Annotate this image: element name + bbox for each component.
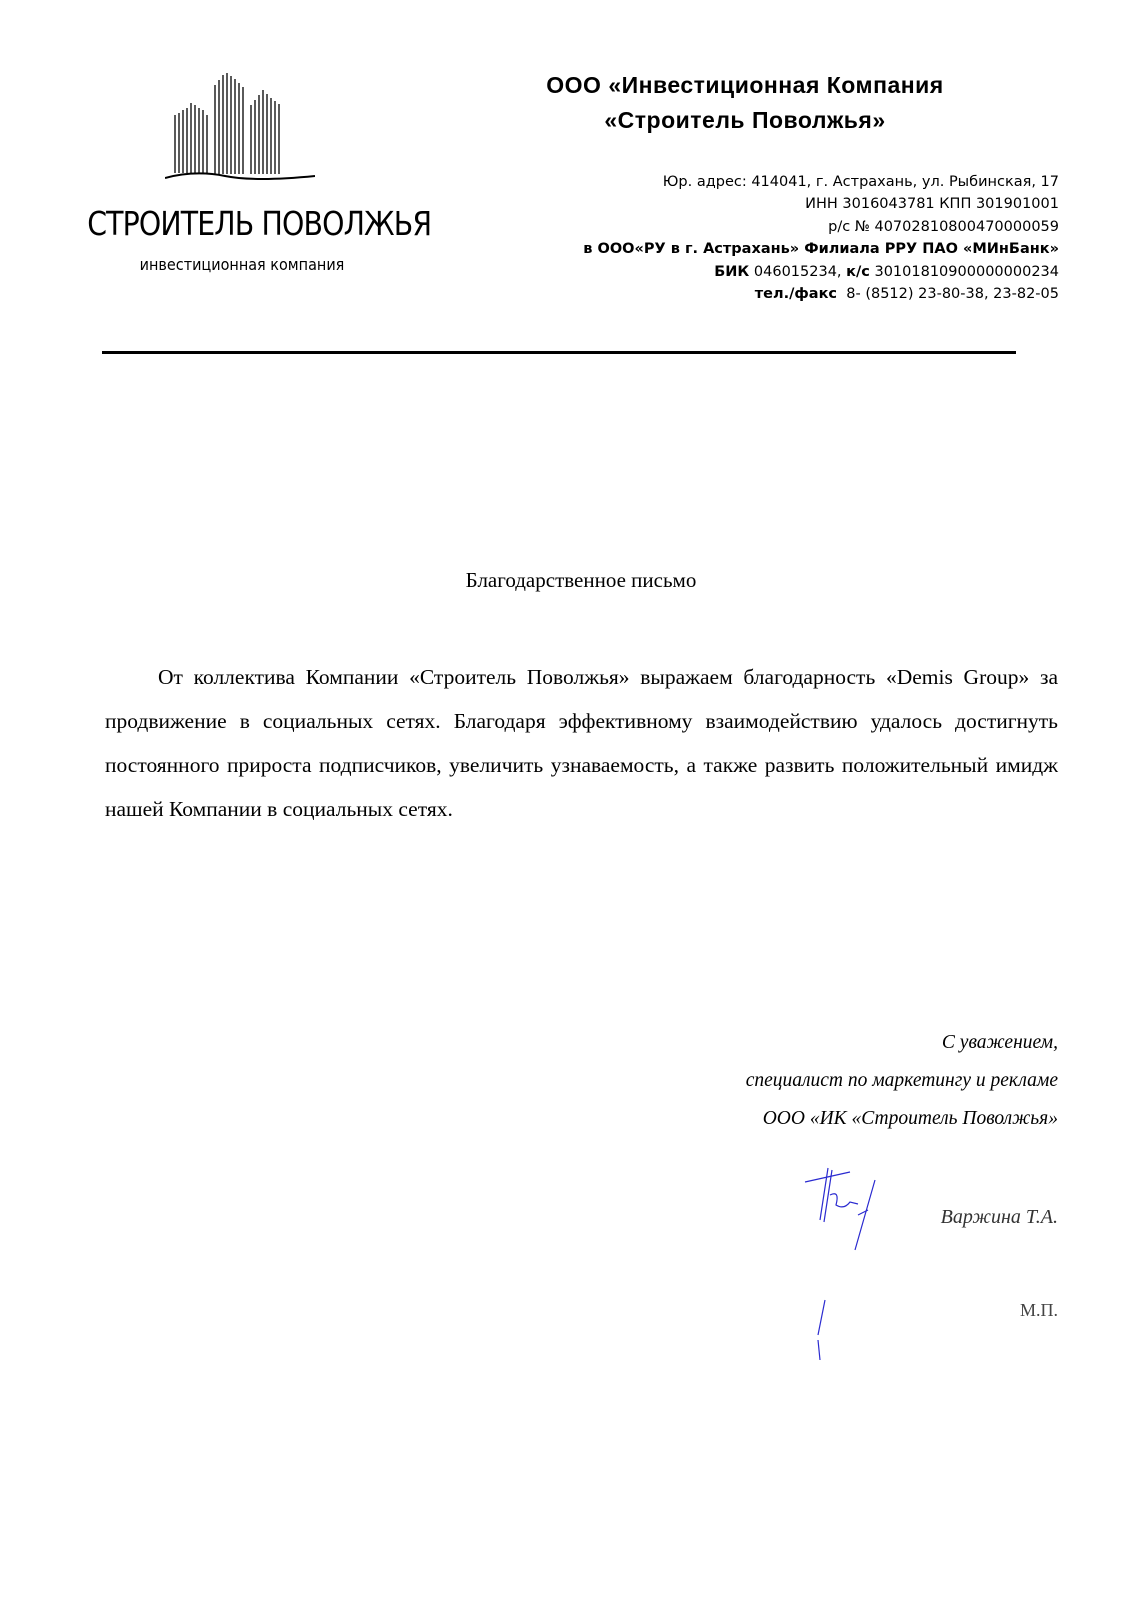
- bik-ks: БИК 046015234, к/с 30101810900000000234: [583, 261, 1059, 283]
- phone: тел./факс 8- (8512) 23-80-38, 23-82-05: [583, 283, 1059, 305]
- bik-value: 046015234,: [749, 264, 846, 280]
- bank-account: р/с № 40702810800470000059: [583, 216, 1059, 238]
- company-name-line1: ООО «Инвестиционная Компания: [470, 68, 1020, 103]
- legal-address: Юр. адрес: 414041, г. Астрахань, ул. Рыб…: [583, 171, 1059, 193]
- ks-label: к/с: [846, 264, 870, 280]
- signature-icon: [800, 1160, 900, 1390]
- letter-title: Благодарственное письмо: [0, 568, 1142, 593]
- header-divider: [102, 351, 1016, 354]
- phone-value: 8- (8512) 23-80-38, 23-82-05: [837, 286, 1059, 302]
- signer-company: ООО «ИК «Строитель Поволжья»: [746, 1100, 1058, 1138]
- logo-subtitle: инвестиционная компания: [80, 255, 404, 274]
- signer-position: специалист по маркетингу и рекламе: [746, 1062, 1058, 1100]
- logo-title: СТРОИТЕЛЬ ПОВОЛЖЬЯ: [87, 204, 397, 243]
- inn-kpp: ИНН 3016043781 КПП 301901001: [583, 193, 1059, 215]
- company-name: ООО «Инвестиционная Компания «Строитель …: [470, 68, 1020, 138]
- logo-buildings-icon: [165, 70, 315, 190]
- closing-regards: С уважением,: [746, 1024, 1058, 1062]
- ks-value: 30101810900000000234: [870, 264, 1059, 280]
- company-requisites: Юр. адрес: 414041, г. Астрахань, ул. Рыб…: [583, 171, 1059, 305]
- phone-label: тел./факс: [755, 286, 837, 302]
- company-name-line2: «Строитель Поволжья»: [470, 103, 1020, 138]
- signer-name: Варжина Т.А.: [941, 1206, 1058, 1229]
- bik-label: БИК: [714, 264, 749, 280]
- letter-body: От коллектива Компании «Строитель Поволж…: [105, 655, 1058, 831]
- stamp-place: М.П.: [1020, 1300, 1058, 1321]
- closing-block: С уважением, специалист по маркетингу и …: [746, 1024, 1058, 1138]
- bank-name: в ООО«РУ в г. Астрахань» Филиала РРУ ПАО…: [583, 238, 1059, 260]
